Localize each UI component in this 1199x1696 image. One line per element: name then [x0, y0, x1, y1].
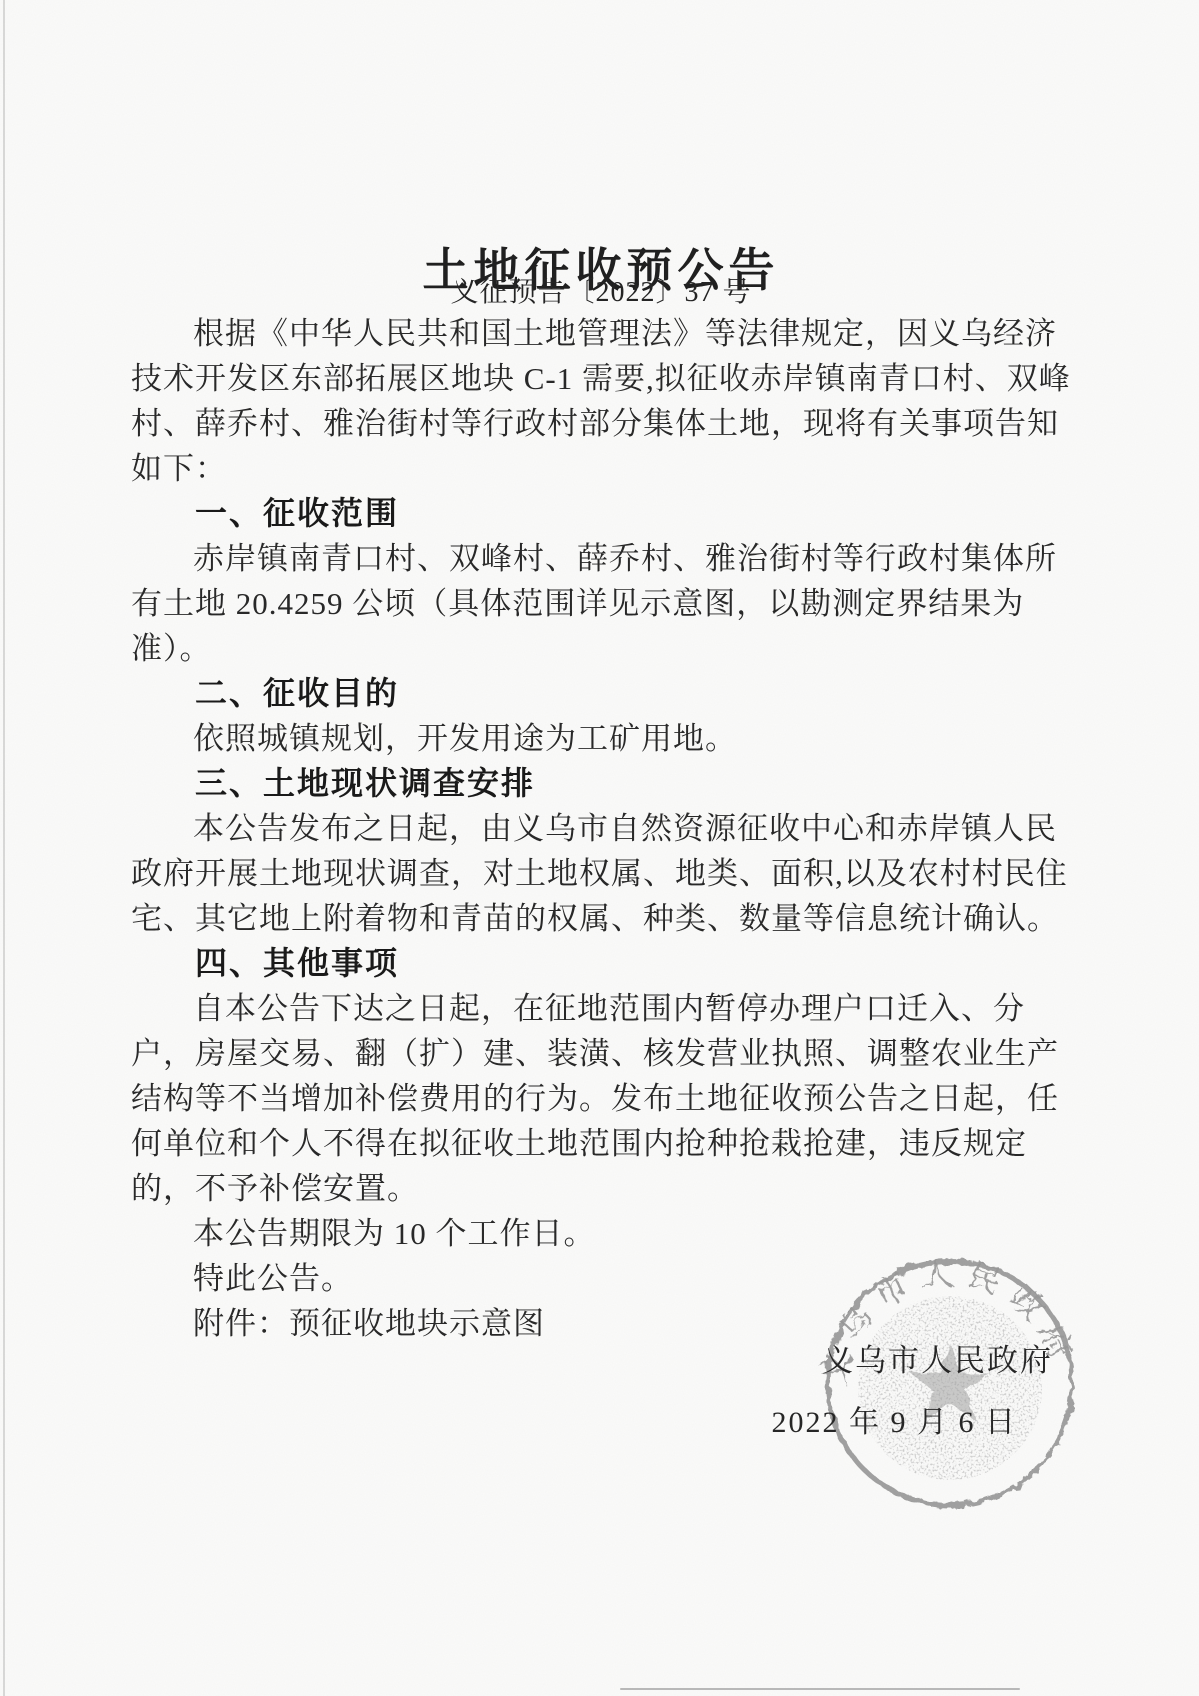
body-line: 根据《中华人民共和国土地管理法》等法律规定，因义乌经济 — [131, 311, 1071, 356]
body-line: 自本公告下达之日起，在征地范围内暂停办理户口迁入、分 — [131, 986, 1071, 1031]
body-line: 何单位和个人不得在拟征收土地范围内抢种抢栽抢建，违反规定 — [131, 1121, 1071, 1166]
body-line: 本公告发布之日起，由义乌市自然资源征收中心和赤岸镇人民 — [131, 806, 1071, 851]
body-line: 一、征收范围 — [131, 491, 1071, 536]
body-line: 的，不予补偿安置。 — [131, 1166, 1071, 1211]
document: 土地征收预公告 义征预告〔2022〕37 号 根据《中华人民共和国土地管理法》等… — [131, 0, 1071, 1696]
body-line: 四、其他事项 — [131, 941, 1071, 986]
body-line: 村、薛乔村、雅治街村等行政村部分集体土地，现将有关事项告知 — [131, 401, 1071, 446]
signature-issuer: 义乌市人民政府 — [822, 1335, 1053, 1380]
body-line: 二、征收目的 — [131, 671, 1071, 716]
body-line: 赤岸镇南青口村、双峰村、薛乔村、雅治街村等行政村集体所 — [131, 536, 1071, 581]
body-line: 三、土地现状调查安排 — [131, 761, 1071, 806]
body-line: 技术开发区东部拓展区地块 C-1 需要,拟征收赤岸镇南青口村、双峰 — [131, 356, 1071, 401]
body-line: 政府开展土地现状调查，对土地权属、地类、面积,以及农村村民住 — [131, 851, 1071, 896]
signature-date: 2022 年 9 月 6 日 — [772, 1397, 1018, 1441]
body-lines: 根据《中华人民共和国土地管理法》等法律规定，因义乌经济技术开发区东部拓展区地块 … — [131, 311, 1071, 1346]
body-line: 宅、其它地上附着物和青苗的权属、种类、数量等信息统计确认。 — [131, 896, 1071, 941]
body-line: 准）。 — [131, 626, 1071, 671]
scanned-document-page: 义乌市人民政府 土地征收预公告 义征预告〔2022〕37 号 根据《中华人民共和… — [0, 0, 1199, 1696]
body-line: 如下： — [131, 446, 1071, 491]
body-line: 有土地 20.4259 公顷（具体范围详见示意图，以勘测定界结果为 — [131, 581, 1071, 626]
body-line: 本公告期限为 10 个工作日。 — [131, 1211, 1071, 1256]
scan-artifact-left-edge — [3, 0, 5, 1696]
body-line: 结构等不当增加补偿费用的行为。发布土地征收预公告之日起，任 — [131, 1076, 1071, 1121]
document-number: 义征预告〔2022〕37 号 — [131, 270, 1071, 310]
body-line: 依照城镇规划，开发用途为工矿用地。 — [131, 716, 1071, 761]
body-line: 户，房屋交易、翻（扩）建、装潢、核发营业执照、调整农业生产 — [131, 1031, 1071, 1076]
body-line: 特此公告。 — [131, 1256, 1071, 1301]
